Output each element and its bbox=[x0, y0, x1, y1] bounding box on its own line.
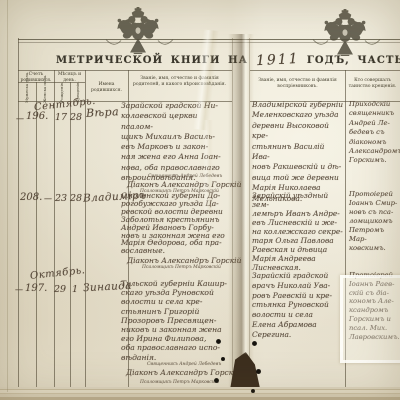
entry-dash: — bbox=[15, 285, 23, 294]
title-prefix: МЕТРИЧЕСКОЙ КНИГИ НА bbox=[56, 55, 248, 66]
godparents-text: Зарайскій уѣздный зем- лемѣръ Иванъ Андр… bbox=[252, 191, 344, 272]
entry-number: 196. bbox=[26, 111, 48, 122]
birth-day-value: 23 bbox=[55, 193, 67, 204]
entry-month: Октябрь. bbox=[30, 265, 86, 282]
entry-dash: — bbox=[16, 114, 24, 123]
pasted-slip bbox=[340, 275, 400, 363]
header-count-male: Мужеска пола. bbox=[25, 81, 29, 103]
birth-day-value: 29 bbox=[54, 284, 66, 295]
entry-dash: — bbox=[44, 194, 52, 203]
under-page-edge bbox=[7, 0, 8, 392]
hole-mark bbox=[214, 378, 219, 383]
entry-number: 208. bbox=[20, 192, 42, 203]
deacon-signature: Діаконъ Александръ Горскій bbox=[127, 256, 241, 265]
metrical-book-spread: МЕТРИЧЕСКОЙ КНИГИ НА 1911 ГОДЪ, ЧАСТЬ ПЕ… bbox=[0, 0, 400, 400]
header-parents: Званіе, имя, отчество и фамилія родителе… bbox=[131, 76, 228, 87]
priest-signature: Священникъ Андрей Лебедевъ bbox=[148, 174, 222, 179]
handwritten-year: 1911 bbox=[255, 51, 299, 69]
title-suffix: ГОДЪ, ЧАСТЬ ПЕРВАЯ, Ѡ РОДИВШИХСЯ bbox=[307, 55, 400, 66]
header-count-female: Женска пола. bbox=[43, 81, 47, 103]
header-officiant: Кто совершалъ таинство крещенія. bbox=[347, 78, 398, 89]
child-name: Вѣра bbox=[86, 105, 120, 120]
parents-text: Зарайской градской Ни- колаевской церкви… bbox=[121, 101, 231, 183]
hole-mark bbox=[252, 341, 257, 346]
header-names: Имена родившихся. bbox=[87, 82, 126, 93]
hole-mark bbox=[221, 357, 225, 361]
hole-mark bbox=[251, 389, 255, 393]
hole-mark bbox=[216, 339, 221, 344]
header-godparents: Званіе, имя, отчество и фамилія воспріем… bbox=[253, 78, 342, 89]
deacon-signature: Діаконъ Александръ Горскій bbox=[127, 180, 241, 189]
birth-day-value: 17 bbox=[55, 112, 67, 123]
officiant-text: Приходскій священникъ Андрей Ле- бедевъ … bbox=[349, 100, 399, 166]
parents-text: Тульской губерніи Кашир- скаго уѣзда Рун… bbox=[121, 279, 231, 362]
page-stack-edge bbox=[0, 387, 400, 400]
entry-number: 197. bbox=[25, 283, 47, 294]
double-eagle-emblem-icon bbox=[117, 7, 159, 57]
baptism-day-value: 28 bbox=[70, 193, 82, 204]
officiant-text: Протоіерей Іоаннъ Смир- новъ съ пса- лом… bbox=[349, 190, 399, 253]
deacon-signature: Діаконъ Александръ Горскій bbox=[126, 368, 240, 377]
godparents-text: Зарайскій градской врачъ Николай Ува- ро… bbox=[252, 271, 344, 340]
baptism-day-value: 1 bbox=[72, 284, 78, 295]
godparents-text: Владимірской губерніи Меленковскаго уѣзд… bbox=[252, 100, 344, 204]
hole-mark bbox=[256, 369, 261, 374]
priest-signature: Священникъ Андрей Лебедевъ bbox=[147, 362, 221, 367]
parents-text: Смоленской губерніи До- рогобужскаго уѣз… bbox=[121, 192, 231, 255]
psalmist-signature: Псаломщикъ Петръ Марковскій bbox=[142, 265, 221, 270]
page-title: МЕТРИЧЕСКОЙ КНИГИ НА 1911 ГОДЪ, ЧАСТЬ ПЕ… bbox=[56, 51, 400, 67]
baptism-day-value: 28 bbox=[70, 112, 82, 123]
psalmist-signature: Псаломщикъ Петръ Марковскій bbox=[140, 380, 219, 385]
